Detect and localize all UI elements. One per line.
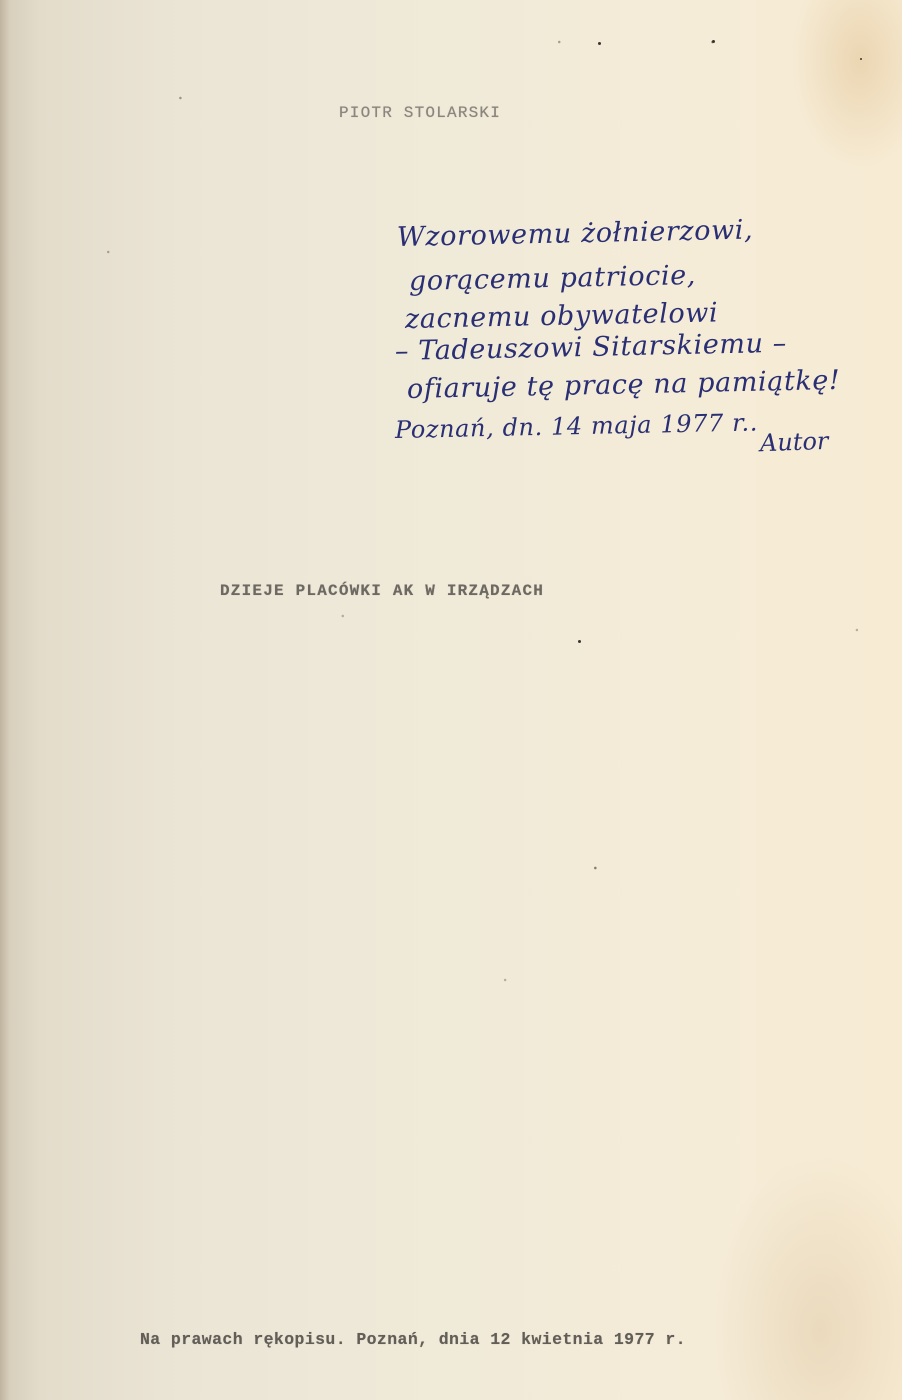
dedication-line: gorącemu patriocie, xyxy=(409,260,697,297)
ink-speck xyxy=(598,42,601,45)
dedication-line: Wzorowemu żołnierzowi, xyxy=(397,215,754,253)
document-page: PIOTR STOLARSKI Wzorowemu żołnierzowi, g… xyxy=(0,0,902,1400)
dedication-line: ofiaruje tę pracę na pamiątkę! xyxy=(407,365,841,405)
ink-speck xyxy=(712,40,715,43)
ink-speck xyxy=(578,640,581,643)
document-title: DZIEJE PLACÓWKI AK W IRZĄDZACH xyxy=(220,582,544,600)
ink-speck xyxy=(860,58,862,60)
author-name: PIOTR STOLARSKI xyxy=(339,104,501,122)
author-signature: Autor xyxy=(760,427,829,457)
dedication-date-line: Poznań, dn. 14 maja 1977 r.. xyxy=(395,408,759,444)
footer-note: Na prawach rękopisu. Poznań, dnia 12 kwi… xyxy=(140,1330,686,1349)
